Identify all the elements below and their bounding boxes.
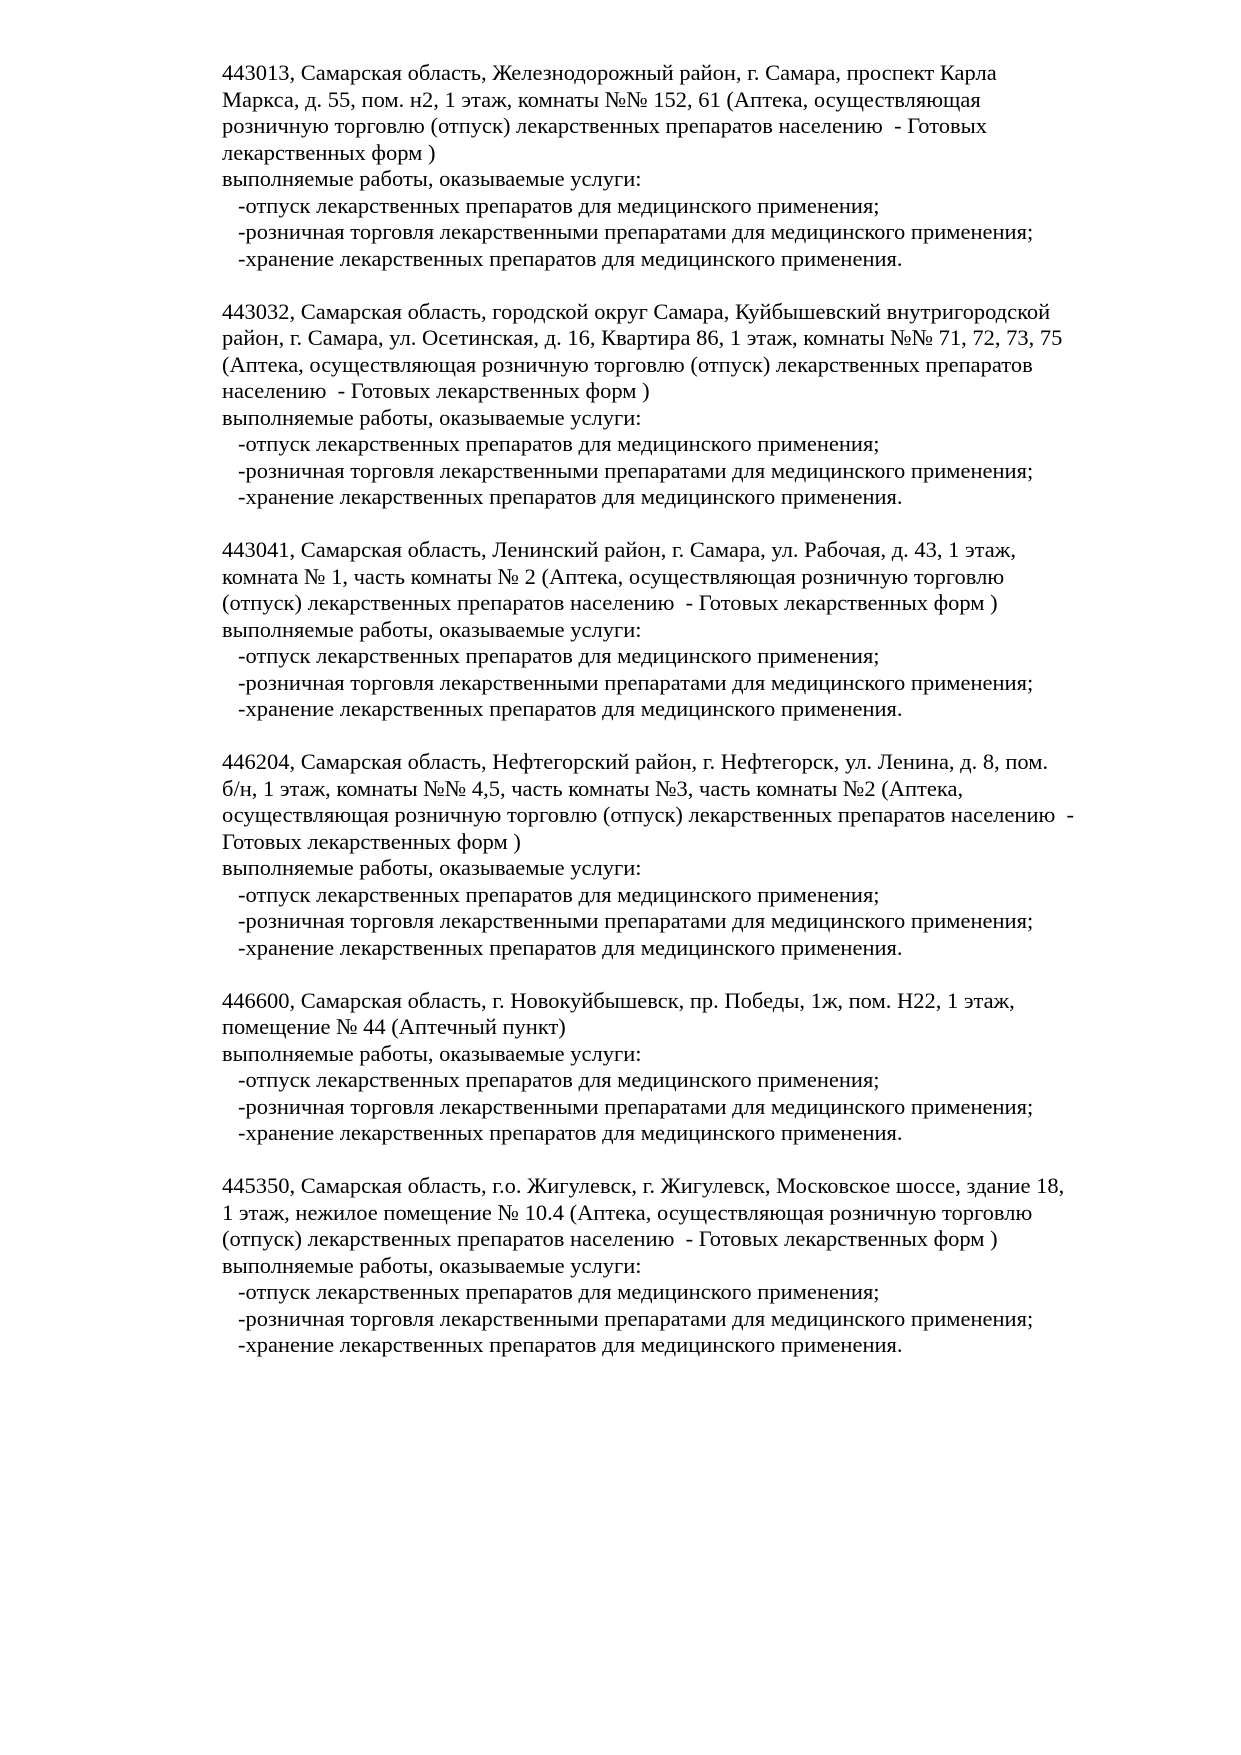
address-line: Готовых лекарственных форм ): [222, 829, 1182, 856]
address-line: лекарственных форм ): [222, 140, 1182, 167]
pharmacy-entry: 443013, Самарская область, Железнодорожн…: [222, 60, 1182, 272]
address-line: розничную торговлю (отпуск) лекарственны…: [222, 113, 1182, 140]
service-item: -хранение лекарственных препаратов для м…: [222, 484, 1182, 511]
service-item: -розничная торговля лекарственными препа…: [222, 458, 1182, 485]
address-line: 445350, Самарская область, г.о. Жигулевс…: [222, 1173, 1182, 1200]
services-heading: выполняемые работы, оказываемые услуги:: [222, 1253, 1182, 1280]
service-item: -хранение лекарственных препаратов для м…: [222, 935, 1182, 962]
services-heading: выполняемые работы, оказываемые услуги:: [222, 166, 1182, 193]
address-line: 443041, Самарская область, Ленинский рай…: [222, 537, 1182, 564]
service-item: -хранение лекарственных препаратов для м…: [222, 1332, 1182, 1359]
service-item: -розничная торговля лекарственными препа…: [222, 670, 1182, 697]
address-line: комната № 1, часть комнаты № 2 (Аптека, …: [222, 564, 1182, 591]
address-line: (отпуск) лекарственных препаратов населе…: [222, 590, 1182, 617]
service-item: -хранение лекарственных препаратов для м…: [222, 246, 1182, 273]
address-line: 443032, Самарская область, городской окр…: [222, 299, 1182, 326]
pharmacy-entry: 446600, Самарская область, г. Новокуйбыш…: [222, 988, 1182, 1147]
address-line: (отпуск) лекарственных препаратов населе…: [222, 1226, 1182, 1253]
service-item: -розничная торговля лекарственными препа…: [222, 908, 1182, 935]
service-item: -розничная торговля лекарственными препа…: [222, 1306, 1182, 1333]
service-item: -отпуск лекарственных препаратов для мед…: [222, 193, 1182, 220]
services-heading: выполняемые работы, оказываемые услуги:: [222, 855, 1182, 882]
address-line: осуществляющая розничную торговлю (отпус…: [222, 802, 1182, 829]
address-line: (Аптека, осуществляющая розничную торгов…: [222, 352, 1182, 379]
pharmacy-entry: 445350, Самарская область, г.о. Жигулевс…: [222, 1173, 1182, 1359]
service-item: -отпуск лекарственных препаратов для мед…: [222, 643, 1182, 670]
address-line: 446600, Самарская область, г. Новокуйбыш…: [222, 988, 1182, 1015]
address-line: б/н, 1 этаж, комнаты №№ 4,5, часть комна…: [222, 776, 1182, 803]
pharmacy-entry: 443032, Самарская область, городской окр…: [222, 299, 1182, 511]
service-item: -отпуск лекарственных препаратов для мед…: [222, 882, 1182, 909]
service-item: -розничная торговля лекарственными препа…: [222, 1094, 1182, 1121]
pharmacy-entry: 443041, Самарская область, Ленинский рай…: [222, 537, 1182, 723]
address-line: 446204, Самарская область, Нефтегорский …: [222, 749, 1182, 776]
address-line: Маркса, д. 55, пом. н2, 1 этаж, комнаты …: [222, 87, 1182, 114]
service-item: -хранение лекарственных препаратов для м…: [222, 1120, 1182, 1147]
service-item: -розничная торговля лекарственными препа…: [222, 219, 1182, 246]
service-item: -отпуск лекарственных препаратов для мед…: [222, 1279, 1182, 1306]
address-line: 1 этаж, нежилое помещение № 10.4 (Аптека…: [222, 1200, 1182, 1227]
service-item: -отпуск лекарственных препаратов для мед…: [222, 431, 1182, 458]
document-page: 443013, Самарская область, Железнодорожн…: [222, 60, 1182, 1385]
service-item: -хранение лекарственных препаратов для м…: [222, 696, 1182, 723]
pharmacy-entry: 446204, Самарская область, Нефтегорский …: [222, 749, 1182, 961]
services-heading: выполняемые работы, оказываемые услуги:: [222, 617, 1182, 644]
address-line: район, г. Самара, ул. Осетинская, д. 16,…: [222, 325, 1182, 352]
service-item: -отпуск лекарственных препаратов для мед…: [222, 1067, 1182, 1094]
address-line: 443013, Самарская область, Железнодорожн…: [222, 60, 1182, 87]
address-line: помещение № 44 (Аптечный пункт): [222, 1014, 1182, 1041]
services-heading: выполняемые работы, оказываемые услуги:: [222, 1041, 1182, 1068]
address-line: населению - Готовых лекарственных форм ): [222, 378, 1182, 405]
services-heading: выполняемые работы, оказываемые услуги:: [222, 405, 1182, 432]
